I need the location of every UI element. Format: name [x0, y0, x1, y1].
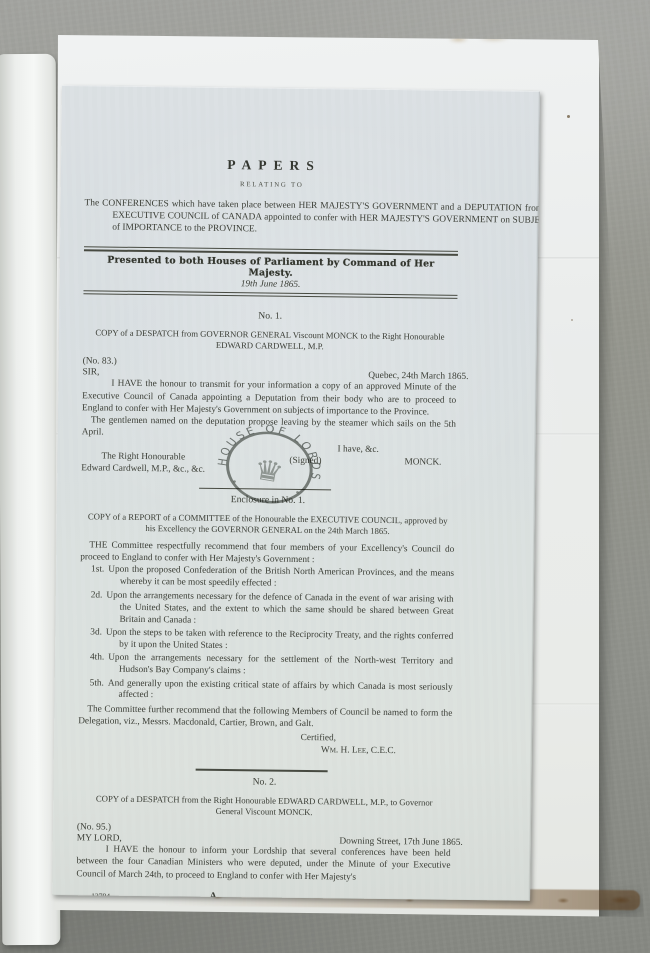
item-number: 5th.	[90, 678, 108, 688]
paper-speck	[567, 115, 570, 118]
section-no2-heading: No. 2.	[77, 774, 451, 790]
printed-content: PAPERS RELATING TO The CONFERENCES which…	[76, 155, 459, 900]
addressee-block: The Right Honourable Edward Cardwell, M.…	[81, 450, 205, 476]
enclosure-item-1: 1st.Upon the proposed Confederation of t…	[80, 565, 454, 593]
item-text: Upon the arrangements necessary for the …	[106, 590, 453, 625]
certified-block: Certified, Wm. H. Lee, C.E.C.	[78, 729, 452, 758]
no2-divider-rule	[196, 768, 328, 772]
presented-banner-box: Presented to both Houses of Parliament b…	[83, 246, 458, 299]
photo-scene: PAPERS RELATING TO The CONFERENCES which…	[0, 0, 650, 953]
signature-monck: MONCK.	[404, 456, 441, 468]
item-number: 2d.	[91, 590, 107, 600]
document-page: PAPERS RELATING TO The CONFERENCES which…	[52, 85, 540, 901]
item-text: Upon the steps to be taken with referenc…	[106, 627, 453, 650]
addressee-line-2: Edward Cardwell, M.P., &c., &c.	[81, 462, 205, 476]
no2-despatch-title: COPY of a DESPATCH from the Right Honour…	[77, 793, 451, 820]
intro-paragraph: The CONFERENCES which have taken place b…	[84, 197, 540, 239]
page-title: PAPERS	[85, 155, 459, 176]
section-no1-heading: No. 1.	[83, 308, 457, 324]
item-text: And generally upon the existing critical…	[108, 678, 453, 700]
house-of-lords-stamp: HOUSE OF LORDS ♛	[208, 411, 331, 524]
folded-paper-curl	[0, 54, 60, 945]
no1-despatch-title: COPY of a DESPATCH from GOVERNOR GENERAL…	[83, 327, 457, 354]
enclosure-item-4: 4th.Upon the arrangements necessary for …	[79, 652, 453, 680]
no2-salutation: MY LORD,	[77, 834, 122, 845]
relating-to-line: RELATING TO	[85, 179, 459, 191]
no1-paragraph-1: I HAVE the honour to transmit for your i…	[82, 378, 456, 419]
presented-banner: Presented to both Houses of Parliament b…	[84, 254, 458, 281]
enclosure-item-5: 5th.And generally upon the existing crit…	[78, 678, 452, 706]
enclosure-opening-paragraph: THE Committee respectfully recommend tha…	[80, 539, 454, 568]
item-text: Upon the proposed Confederation of the B…	[108, 565, 454, 589]
item-number: 4th.	[90, 653, 108, 663]
item-number: 3d.	[90, 627, 106, 637]
item-number: 1st.	[91, 565, 108, 575]
enclosure-closing-paragraph: The Committee further recommend that the…	[78, 704, 452, 733]
paper-speck	[571, 319, 573, 321]
crown-icon: ♛	[251, 453, 286, 490]
enclosure-item-2: 2d.Upon the arrangements necessary for t…	[79, 590, 453, 630]
no2-paragraph: I HAVE the honour to inform your Lordshi…	[76, 844, 450, 885]
enclosure-item-3: 3d.Upon the steps to be taken with refer…	[79, 627, 453, 655]
item-text: Upon the arrangements necessary for the …	[108, 653, 453, 677]
no1-salutation: SIR,	[82, 368, 99, 378]
